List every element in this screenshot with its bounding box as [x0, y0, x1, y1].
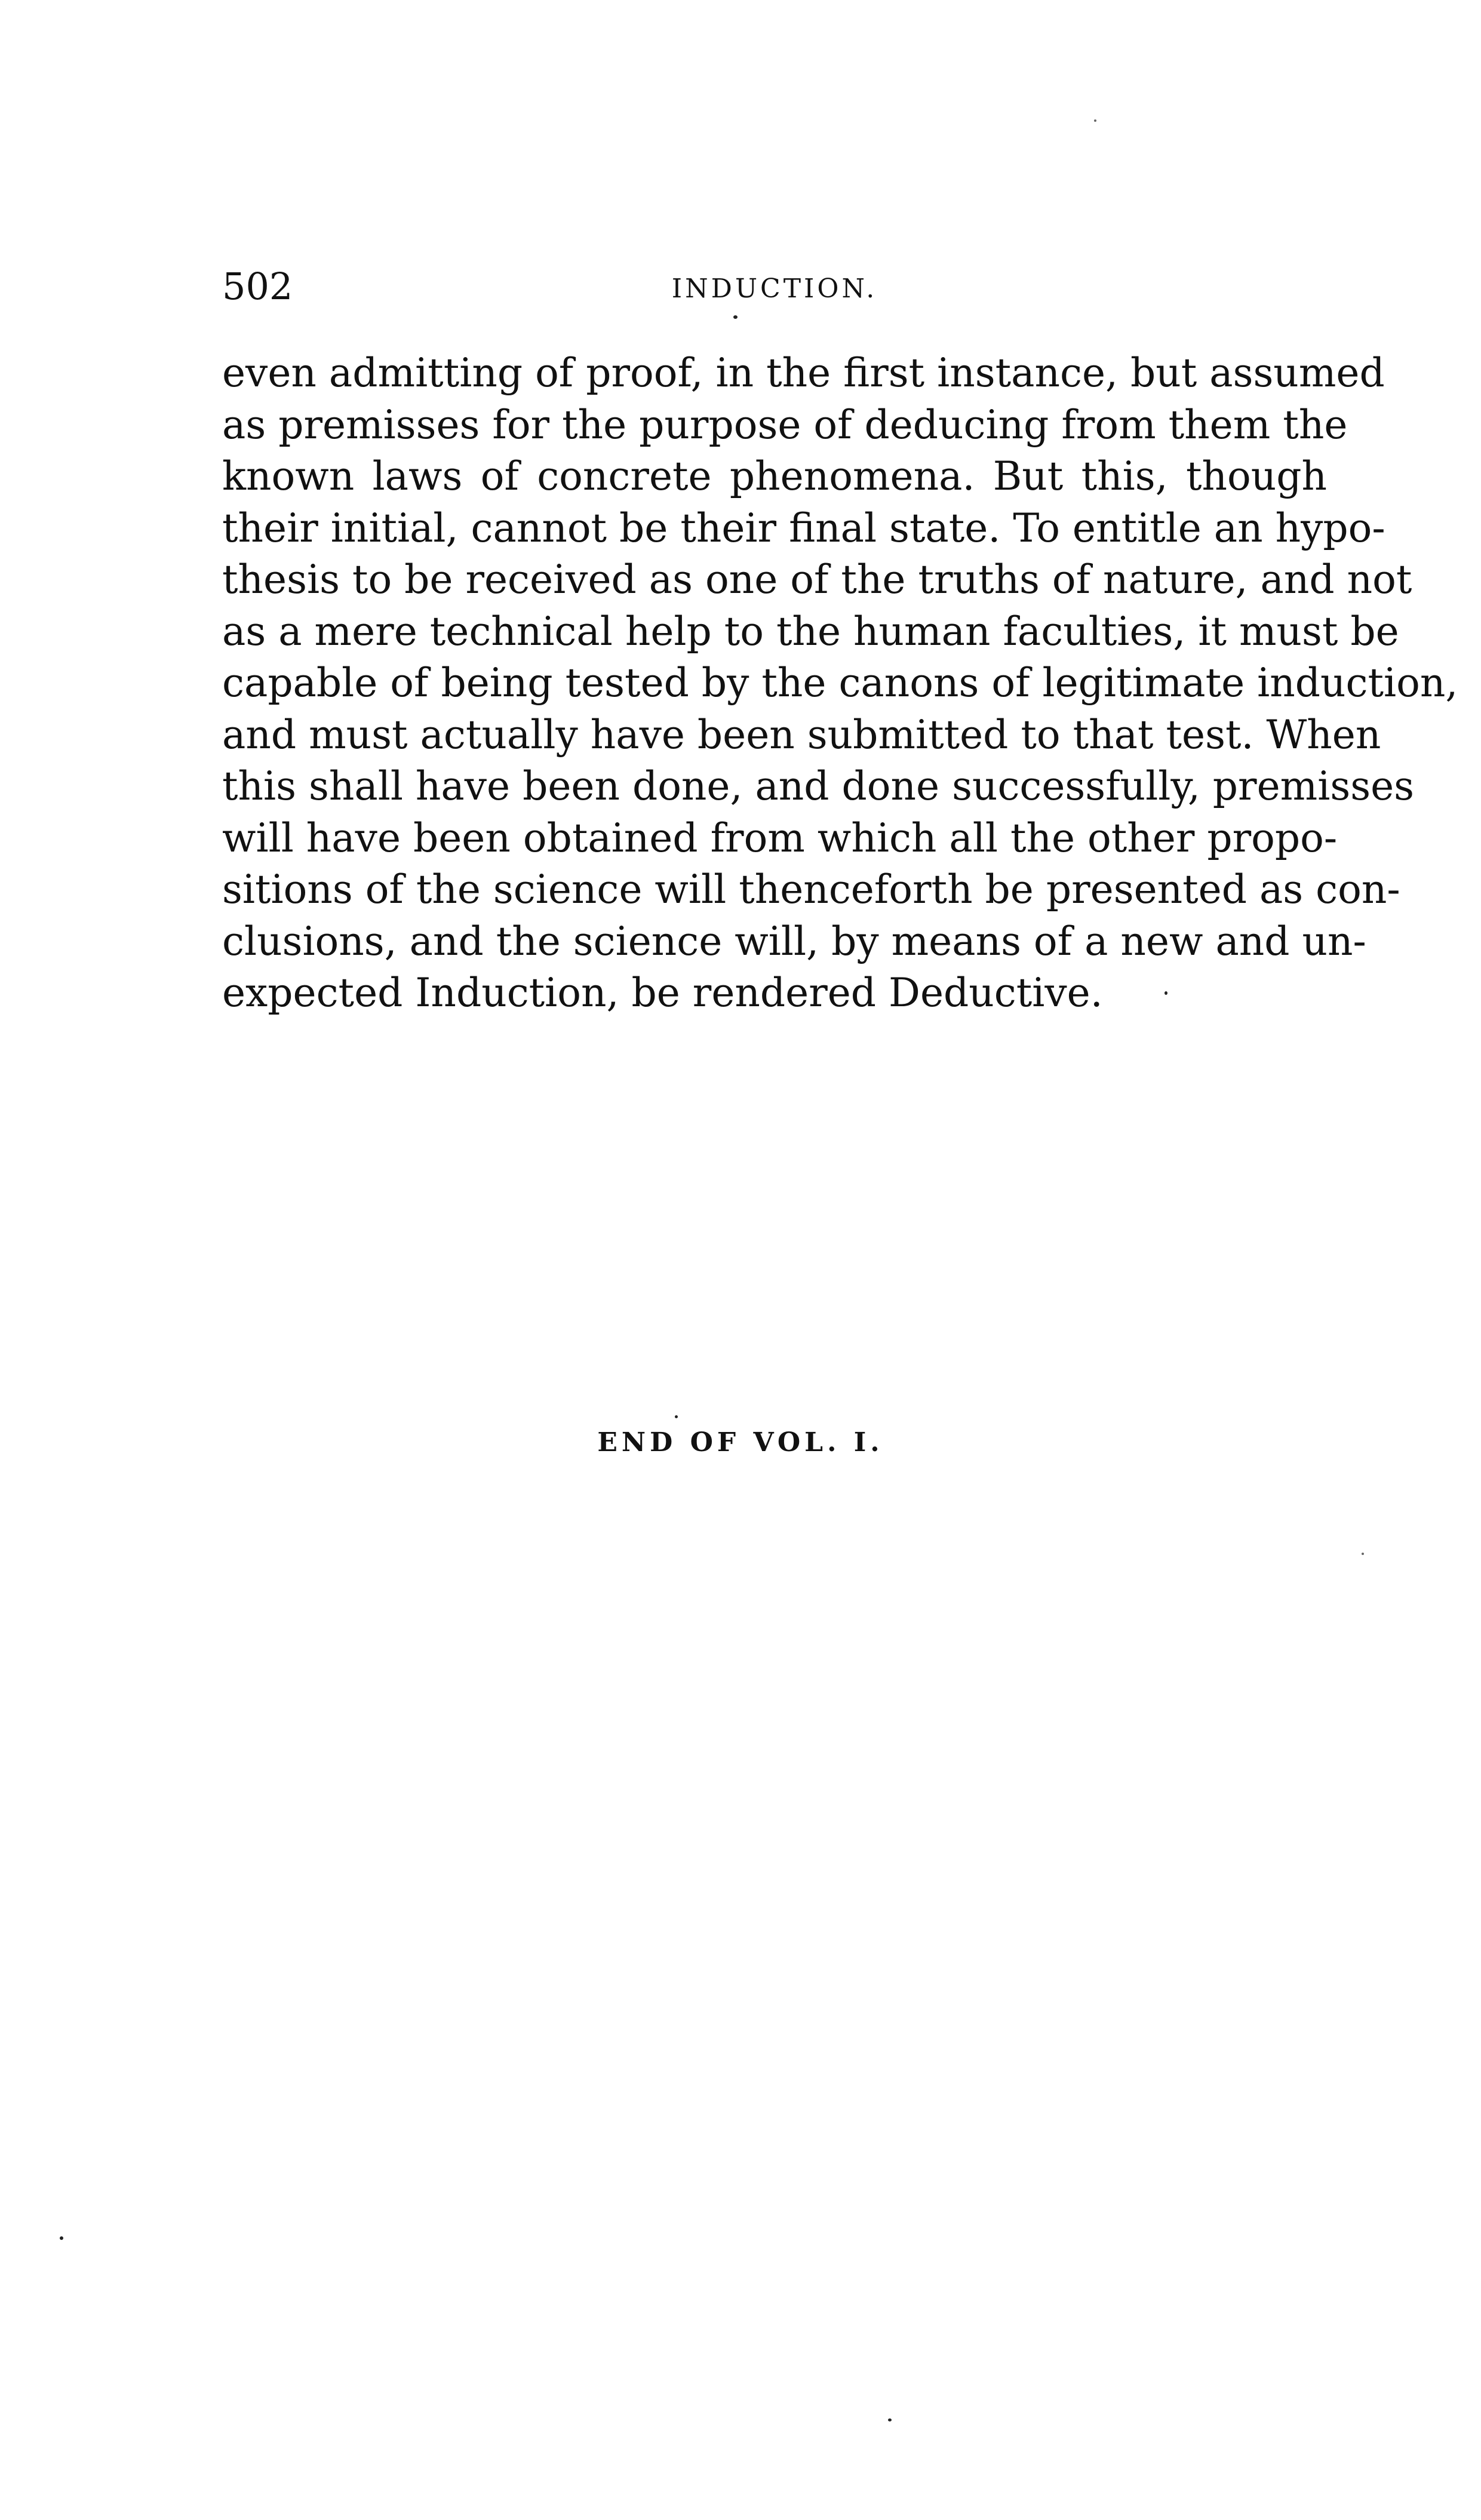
text-line: sitions of the science will thenceforth …: [222, 864, 1327, 916]
end-of-volume-mark: END OF VOL. I.: [0, 1427, 1481, 1458]
text-line: thesis to be received as one of the trut…: [222, 554, 1327, 606]
text-line: as premisses for the purpose of deducing…: [222, 399, 1327, 451]
paper-speck: [1362, 1553, 1364, 1555]
text-line: capable of being tested by the canons of…: [222, 657, 1327, 709]
text-line: even admitting of proof, in the first in…: [222, 348, 1327, 399]
paper-speck: [888, 2418, 892, 2421]
text-line: clusions, and the science will, by means…: [222, 916, 1327, 968]
paper-speck: [733, 315, 738, 319]
paper-speck: [1094, 119, 1096, 122]
paper-speck: [1164, 991, 1167, 995]
running-title: INDUCTION.: [222, 265, 1327, 313]
text-line: this shall have been done, and done succ…: [222, 761, 1327, 813]
text-line: known laws of concrete phenomena. But th…: [222, 451, 1327, 503]
running-head: 502 INDUCTION.: [222, 263, 1327, 311]
paper-speck: [60, 2236, 63, 2240]
body-paragraph: even admitting of proof, in the first in…: [222, 348, 1327, 1019]
text-line: and must actually have been submitted to…: [222, 709, 1327, 761]
text-line: their initial, cannot be their final sta…: [222, 503, 1327, 555]
text-line: will have been obtained from which all t…: [222, 813, 1327, 865]
paper-speck: [675, 1415, 678, 1418]
text-line: as a mere technical help to the human fa…: [222, 606, 1327, 658]
text-line: expected Induction, be rendered Deductiv…: [222, 967, 1327, 1019]
